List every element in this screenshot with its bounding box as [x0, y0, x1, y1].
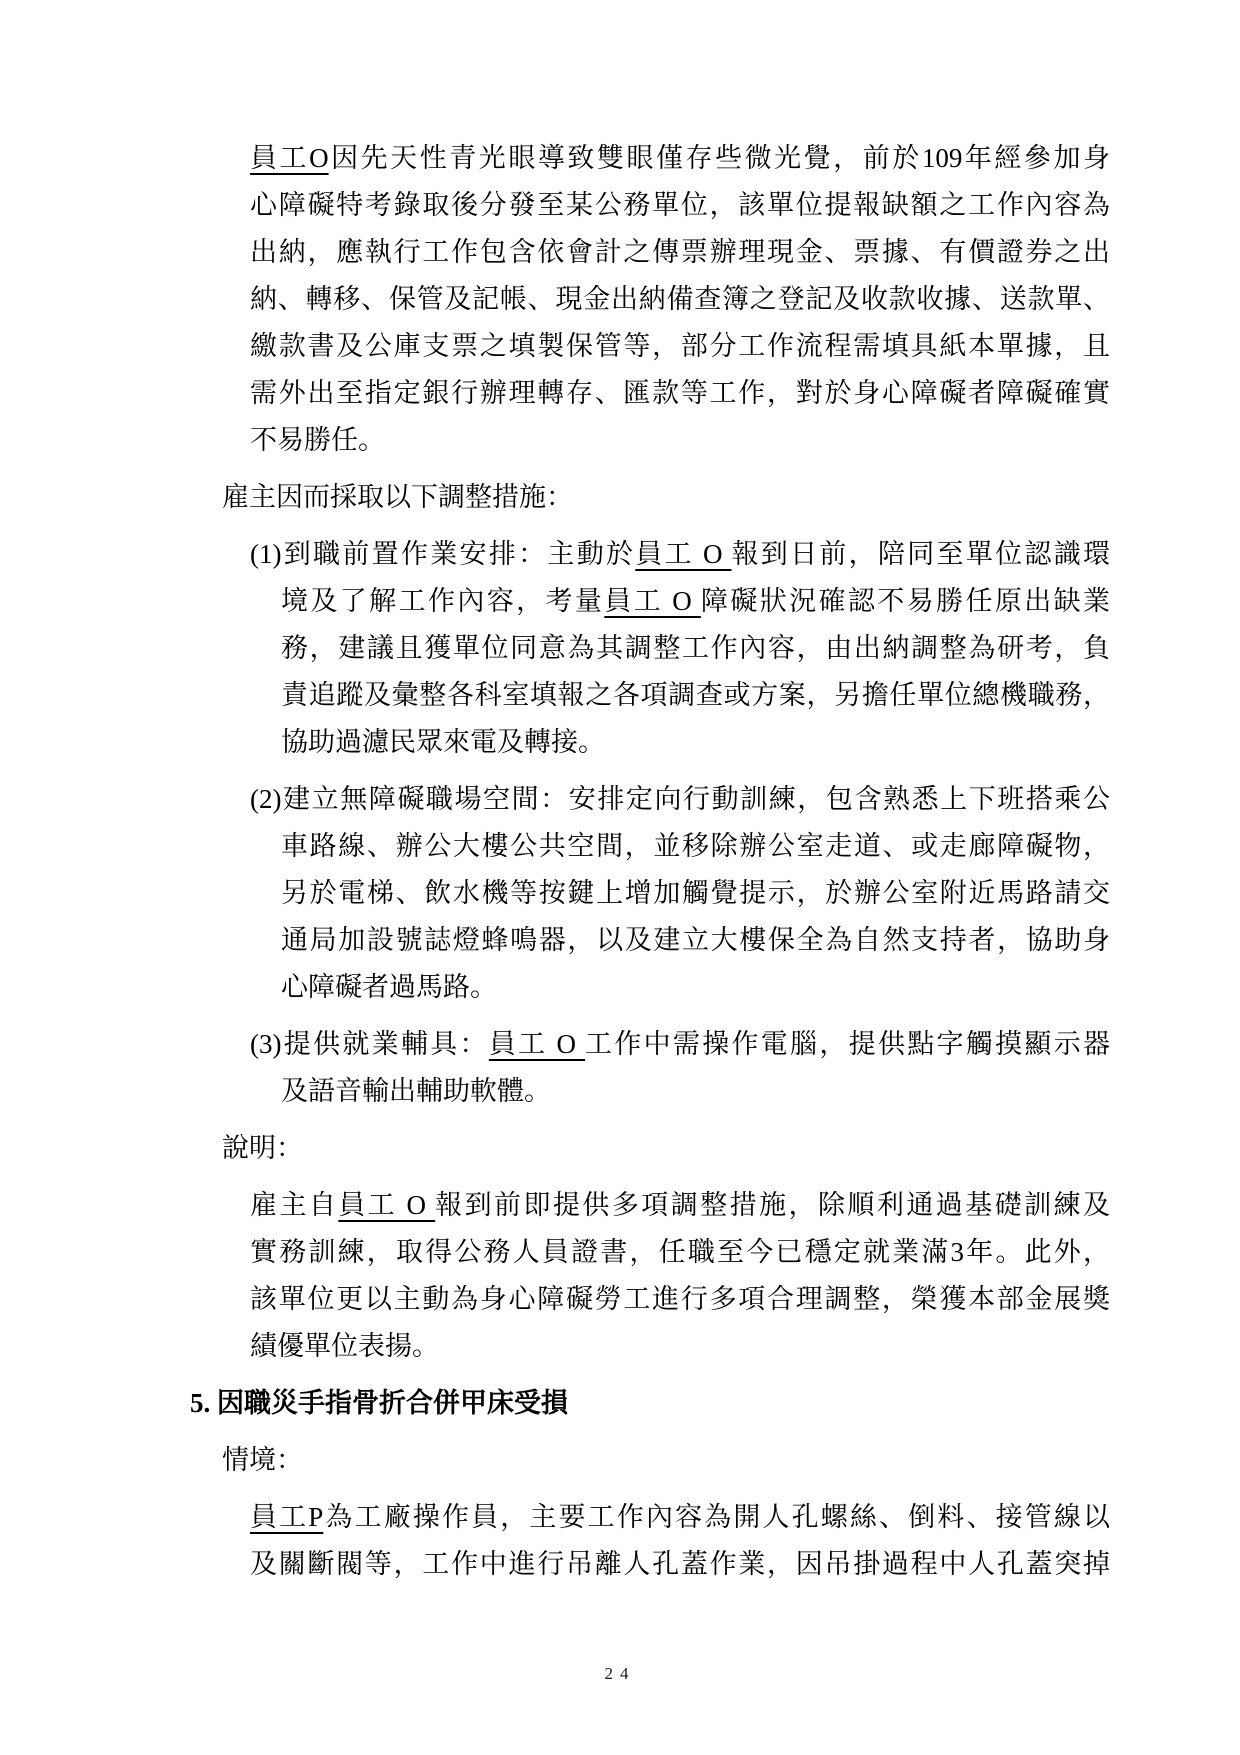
underlined-text: 員工 O [489, 1029, 585, 1059]
text-line: 協助過濾民眾來電及轉接。 [281, 719, 1110, 766]
text-segment: 不易勝任。 [250, 425, 385, 455]
text-segment: 因先天性青光眼導致雙眼僅存些微光覺，前於109年經參加身 [329, 143, 1110, 173]
section-label: 雇主因而採取以下調整措施： [222, 474, 1110, 521]
text-segment: 及語音輸出輔助軟體。 [281, 1076, 551, 1106]
text-segment: 障礙狀況確認不易勝任原出缺業 [701, 586, 1110, 616]
text-line: 實務訓練，取得公務人員證書，任職至今已穩定就業滿3年。此外， [250, 1229, 1110, 1276]
text-segment: (1)到職前置作業安排：主動於 [250, 539, 635, 569]
text-line: 納、轉移、保管及記帳、現金出納備查簿之登記及收款收據、送款單、 [250, 276, 1110, 323]
text-segment: 車路線、辦公大樓公共空間，並移除辦公室走道、或走廊障礙物， [281, 831, 1110, 861]
text-line: 責追蹤及彙整各科室填報之各項調查或方案，另擔任單位總機職務， [281, 672, 1110, 719]
text-line: 車路線、辦公大樓公共空間，並移除辦公室走道、或走廊障礙物， [281, 823, 1110, 870]
text-segment: 報到前即提供多項調整措施，除順利通過基礎訓練及 [435, 1190, 1110, 1220]
text-segment: 工作中需操作電腦，提供點字觸摸顯示器 [585, 1029, 1110, 1059]
page-number: 24 [0, 1664, 1240, 1684]
text-segment: 協助過濾民眾來電及轉接。 [281, 727, 605, 757]
text-line: 5. 因職災手指骨折合併甲床受損 [190, 1380, 1110, 1427]
text-segment: 情境： [222, 1445, 303, 1475]
text-line: (1)到職前置作業安排：主動於員工 O 報到日前，陪同至單位認識環 [250, 531, 1110, 578]
numbered-list-item: (2)建立無障礙職場空間：安排定向行動訓練，包含熟悉上下班搭乘公車路線、辦公大樓… [250, 776, 1110, 1011]
body-paragraph: 雇主自員工 O 報到前即提供多項調整措施，除順利通過基礎訓練及實務訓練，取得公務… [250, 1182, 1110, 1370]
text-segment: 報到日前，陪同至單位認識環 [732, 539, 1111, 569]
numbered-list-item: (3)提供就業輔具：員工 O 工作中需操作電腦，提供點字觸摸顯示器及語音輸出輔助… [250, 1021, 1110, 1115]
text-segment: 為工廠操作員，主要工作內容為開人孔螺絲、倒料、接管線以 [323, 1502, 1110, 1532]
text-segment: 雇主因而採取以下調整措施： [222, 482, 573, 512]
text-line: 員工O因先天性青光眼導致雙眼僅存些微光覺，前於109年經參加身 [250, 135, 1110, 182]
section-heading: 5. 因職災手指骨折合併甲床受損 [190, 1380, 1110, 1427]
body-paragraph: 員工P為工廠操作員，主要工作內容為開人孔螺絲、倒料、接管線以及關斷閥等，工作中進… [250, 1494, 1110, 1588]
text-line: 心障礙者過馬路。 [281, 964, 1110, 1011]
underlined-text: 員工 O [604, 586, 701, 616]
text-segment: 心障礙特考錄取後分發至某公務單位，該單位提報缺額之工作內容為 [250, 190, 1110, 220]
text-line: 說明： [222, 1125, 1110, 1172]
body-paragraph: 員工O因先天性青光眼導致雙眼僅存些微光覺，前於109年經參加身心障礙特考錄取後分… [250, 135, 1110, 464]
text-segment: 說明： [222, 1133, 303, 1163]
text-segment: 務，建議且獲單位同意為其調整工作內容，由出納調整為研考，負 [281, 633, 1110, 663]
text-line: (3)提供就業輔具：員工 O 工作中需操作電腦，提供點字觸摸顯示器 [250, 1021, 1110, 1068]
text-line: 心障礙特考錄取後分發至某公務單位，該單位提報缺額之工作內容為 [250, 182, 1110, 229]
text-line: 員工P為工廠操作員，主要工作內容為開人孔螺絲、倒料、接管線以 [250, 1494, 1110, 1541]
text-segment: 責追蹤及彙整各科室填報之各項調查或方案，另擔任單位總機職務， [281, 680, 1110, 710]
text-segment: 5. 因職災手指骨折合併甲床受損 [190, 1388, 568, 1418]
text-line: 境及了解工作內容，考量員工 O 障礙狀況確認不易勝任原出缺業 [281, 578, 1110, 625]
text-segment: 該單位更以主動為身心障礙勞工進行多項合理調整，榮獲本部金展獎 [250, 1284, 1110, 1314]
text-line: (2)建立無障礙職場空間：安排定向行動訓練，包含熟悉上下班搭乘公 [250, 776, 1110, 823]
document-page: 員工O因先天性青光眼導致雙眼僅存些微光覺，前於109年經參加身心障礙特考錄取後分… [0, 0, 1240, 1755]
section-label: 說明： [222, 1125, 1110, 1172]
text-line: 繳款書及公庫支票之填製保管等，部分工作流程需填具紙本單據，且 [250, 323, 1110, 370]
text-line: 及語音輸出輔助軟體。 [281, 1068, 1110, 1115]
text-segment: (2)建立無障礙職場空間：安排定向行動訓練，包含熟悉上下班搭乘公 [250, 784, 1110, 814]
text-segment: 及關斷閥等，工作中進行吊離人孔蓋作業，因吊掛過程中人孔蓋突掉 [250, 1549, 1110, 1579]
text-segment: 繳款書及公庫支票之填製保管等，部分工作流程需填具紙本單據，且 [250, 331, 1110, 361]
text-line: 雇主因而採取以下調整措施： [222, 474, 1110, 521]
text-segment: 需外出至指定銀行辦理轉存、匯款等工作，對於身心障礙者障礙確實 [250, 378, 1110, 408]
text-line: 務，建議且獲單位同意為其調整工作內容，由出納調整為研考，負 [281, 625, 1110, 672]
text-segment: 境及了解工作內容，考量 [281, 586, 604, 616]
text-line: 情境： [222, 1437, 1110, 1484]
text-line: 雇主自員工 O 報到前即提供多項調整措施，除順利通過基礎訓練及 [250, 1182, 1110, 1229]
text-segment: 納、轉移、保管及記帳、現金出納備查簿之登記及收款收據、送款單、 [250, 284, 1110, 314]
text-line: 另於電梯、飲水機等按鍵上增加觸覺提示，於辦公室附近馬路請交 [281, 870, 1110, 917]
text-line: 不易勝任。 [250, 417, 1110, 464]
document-body: 員工O因先天性青光眼導致雙眼僅存些微光覺，前於109年經參加身心障礙特考錄取後分… [0, 0, 1240, 1588]
numbered-list-item: (1)到職前置作業安排：主動於員工 O 報到日前，陪同至單位認識環境及了解工作內… [250, 531, 1110, 766]
text-segment: 心障礙者過馬路。 [281, 972, 497, 1002]
text-segment: 實務訓練，取得公務人員證書，任職至今已穩定就業滿3年。此外， [250, 1237, 1110, 1267]
underlined-text: 員工O [250, 143, 329, 173]
text-line: 績優單位表揚。 [250, 1323, 1110, 1370]
underlined-text: 員工P [250, 1502, 323, 1532]
text-segment: 雇主自 [250, 1190, 338, 1220]
section-label: 情境： [222, 1437, 1110, 1484]
text-line: 出納，應執行工作包含依會計之傳票辦理現金、票據、有價證券之出 [250, 229, 1110, 276]
text-line: 該單位更以主動為身心障礙勞工進行多項合理調整，榮獲本部金展獎 [250, 1276, 1110, 1323]
text-line: 及關斷閥等，工作中進行吊離人孔蓋作業，因吊掛過程中人孔蓋突掉 [250, 1541, 1110, 1588]
text-line: 通局加設號誌燈蜂鳴器，以及建立大樓保全為自然支持者，協助身 [281, 917, 1110, 964]
underlined-text: 員工 O [338, 1190, 435, 1220]
text-segment: 通局加設號誌燈蜂鳴器，以及建立大樓保全為自然支持者，協助身 [281, 925, 1110, 955]
text-segment: 另於電梯、飲水機等按鍵上增加觸覺提示，於辦公室附近馬路請交 [281, 878, 1110, 908]
underlined-text: 員工 O [635, 539, 731, 569]
text-segment: 績優單位表揚。 [250, 1331, 439, 1361]
text-segment: 出納，應執行工作包含依會計之傳票辦理現金、票據、有價證券之出 [250, 237, 1110, 267]
text-segment: (3)提供就業輔具： [250, 1029, 489, 1059]
text-line: 需外出至指定銀行辦理轉存、匯款等工作，對於身心障礙者障礙確實 [250, 370, 1110, 417]
